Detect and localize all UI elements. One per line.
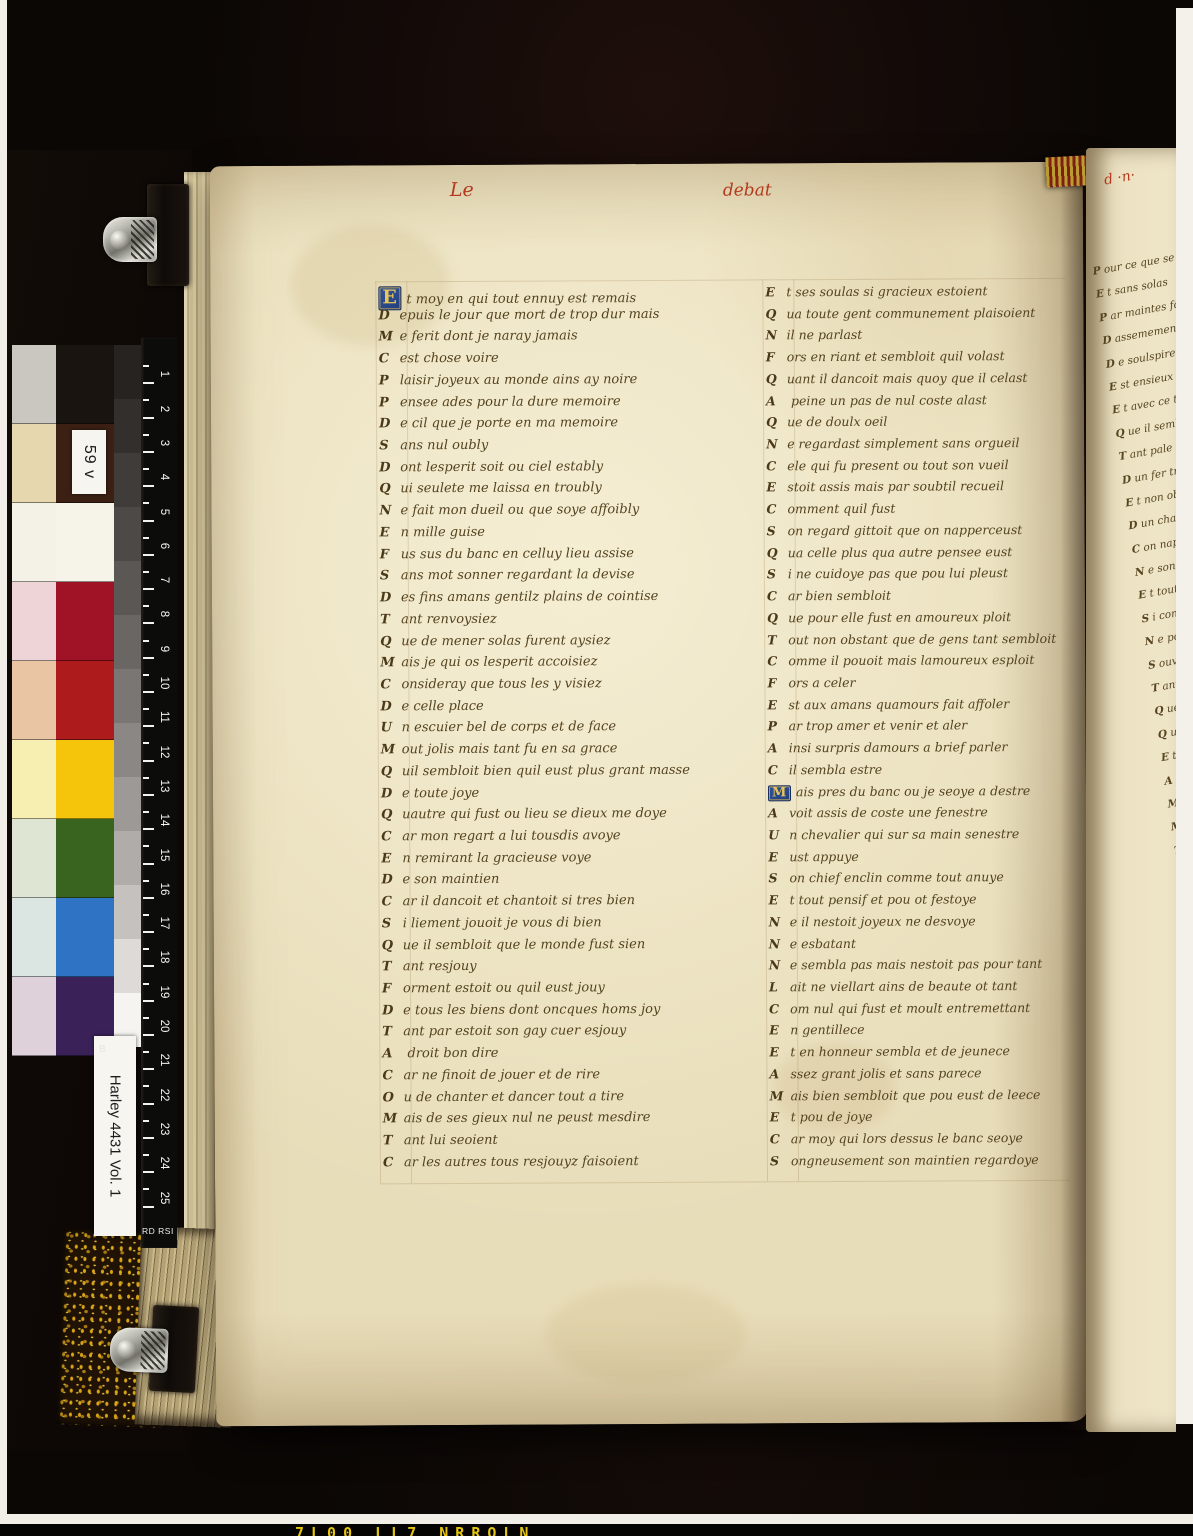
verse-line: Tant resjouy	[382, 958, 782, 982]
ruler-tick-major	[143, 1034, 154, 1036]
ruler-number: 17	[158, 915, 170, 931]
line-text: insi surpris damours a brief parler	[789, 739, 1008, 755]
ruler-number: 25	[158, 1190, 170, 1206]
verse-line: Car mon regart a lui tousdis avoye	[381, 827, 781, 851]
grayscale-step	[114, 561, 141, 615]
line-text: ar mon regart a lui tousdis avoye	[402, 828, 620, 844]
verse-line: Depuis le jour que mort de trop dur mais	[378, 306, 778, 330]
ruler-tick-major	[143, 725, 154, 727]
verse-line: Si ne cuidoye pas que pou lui pleust	[767, 565, 1097, 588]
ruler-tick-minor	[143, 365, 149, 367]
verse-line: De son maintien	[381, 871, 781, 895]
verse-line: Nil ne parlast	[766, 326, 1096, 349]
ruler-tick-major	[143, 1137, 154, 1139]
photo-border-left	[0, 0, 7, 1536]
verse-line: Qui seulete me laissa en troubly	[379, 480, 779, 504]
grayscale-step	[114, 885, 141, 939]
line-initial: C	[766, 458, 787, 473]
line-initial: D	[379, 417, 400, 432]
line-text: epuis le jour que mort de trop dur mais	[399, 307, 659, 323]
grayscale-step	[114, 831, 141, 885]
line-initial: E	[766, 480, 787, 495]
verse-line: Avoit assis de coste une fenestre	[768, 804, 1098, 827]
verse-line: Et ses soulas si gracieux estoient	[765, 283, 1095, 306]
manuscript-page-59v: Le debat Et moy en qui tout ennuy est re…	[210, 162, 1090, 1427]
ruler-number: 10	[158, 675, 170, 691]
ruler-tick-major	[143, 965, 154, 967]
verse-line: Car bien sembloit	[767, 587, 1097, 610]
ruler: RD RSI 123456789101112131415161718192021…	[141, 338, 177, 1248]
verse-line: Que pour elle fust en amoureux ploit	[767, 608, 1097, 631]
color-patch-red	[56, 661, 114, 740]
grayscale-step	[114, 399, 141, 453]
verse-line: Pensee ades pour la dure memoire	[379, 393, 779, 417]
line-initial: A	[769, 1066, 790, 1081]
ruler-tick-major	[143, 1068, 154, 1070]
verse-line: Des fins amans gentilz plains de cointis…	[380, 588, 780, 612]
ruler-tick-major	[143, 931, 154, 933]
ruler-tick-minor	[143, 1120, 149, 1122]
line-initial: Q	[381, 764, 402, 779]
line-text: voit assis de coste une fenestre	[789, 804, 988, 820]
line-initial: N	[769, 914, 790, 929]
ruler-tick-minor	[143, 777, 149, 779]
ruler-tick-minor	[143, 1188, 149, 1190]
line-initial: U	[381, 721, 402, 736]
verse-line: Cele qui fu present ou tout son vueil	[766, 456, 1096, 479]
verse-line: De tous les biens dont oncques homs joy	[382, 1001, 782, 1025]
verse-line: De cil que je porte en ma memoire	[379, 415, 779, 439]
ruler-tick-major	[143, 588, 154, 590]
verse-line: Comment quil fust	[766, 500, 1096, 523]
line-initial: E	[769, 892, 790, 907]
line-initial: M	[381, 742, 402, 757]
verse-line: Que il sembloit que le monde fust sien	[382, 936, 782, 960]
grayscale-step	[114, 723, 141, 777]
line-initial: S	[382, 916, 403, 931]
line-text: st aux amans quamours fait affoler	[788, 696, 1009, 712]
verse-line: Tant renvoysiez	[380, 610, 780, 634]
verse-line: Com nul qui fust et moult entremettant	[769, 999, 1099, 1022]
ruler-number: 7	[158, 572, 170, 588]
ruler-tick-minor	[143, 948, 149, 950]
ruler-number: 20	[158, 1018, 170, 1034]
line-initial: M	[380, 656, 401, 671]
line-initial: C	[768, 762, 789, 777]
grayscale-step	[114, 939, 141, 993]
ruler-tick-minor	[143, 845, 149, 847]
line-text: om nul qui fust et moult entremettant	[790, 1000, 1030, 1016]
verse-line: En mille guise	[380, 523, 780, 547]
line-text: uil sembloit bien quil eust plus grant m…	[402, 763, 690, 780]
verse-line: Mais je qui os lesperit accoisiez	[380, 654, 780, 678]
ruler-number: 6	[158, 538, 170, 554]
ruler-number: 15	[158, 847, 170, 863]
line-initial: C	[383, 1155, 404, 1170]
line-initial: T	[382, 1025, 403, 1040]
line-initial: Q	[767, 610, 788, 625]
line-text: ssez grant jolis et sans parece	[790, 1065, 981, 1081]
line-text: e il nestoit joyeux ne desvoye	[790, 913, 976, 929]
verse-line: Ne esbatant	[769, 934, 1099, 957]
color-patch-green	[56, 819, 114, 898]
color-patch-white	[12, 503, 56, 582]
ruler-tick-minor	[143, 399, 149, 401]
verse-line: Est aux amans quamours fait affoler	[767, 695, 1097, 718]
verse-line: Cest chose voire	[379, 349, 779, 373]
parchment-stain	[546, 1284, 747, 1385]
line-initial: T	[383, 1133, 404, 1148]
line-initial: D	[379, 460, 400, 475]
illuminated-initial: M	[768, 785, 791, 802]
verse-line: Sans mot sonner regardant la devise	[380, 567, 780, 591]
verse-line: Que de doulx oeil	[766, 413, 1096, 436]
ruler-tick-minor	[143, 1154, 149, 1156]
ruler-number: 19	[158, 984, 170, 1000]
line-text: ant resjouy	[403, 959, 477, 974]
ruler-tick-minor	[143, 1085, 149, 1087]
verse-line: Mais de ses gieux nul ne peust mesdire	[383, 1110, 783, 1134]
verse-line: Ne sembla pas mais nestoit pas pour tant	[769, 956, 1099, 979]
verse-line: Et tout pensif et pou ot festoye	[769, 891, 1099, 914]
verse-line: Car ne finoit de jouer et de rire	[382, 1066, 782, 1090]
verse-line: Qua toute gent communement plaisoient	[765, 304, 1095, 327]
line-initial: E	[769, 1023, 790, 1038]
ruling-line	[375, 278, 1065, 283]
verse-line: Forment estoit ou quil eust jouy	[382, 979, 782, 1003]
color-patch-crimson	[56, 582, 114, 661]
line-text: ais je qui os lesperit accoisiez	[401, 654, 597, 670]
line-initial: N	[769, 958, 790, 973]
ruler-tick-minor	[143, 468, 149, 470]
line-initial: A	[768, 740, 789, 755]
verse-line: Son chief enclin comme tout anuye	[768, 869, 1098, 892]
line-text: i ne cuidoye pas que pou lui pleust	[788, 565, 1008, 581]
grayscale-step	[114, 453, 141, 507]
ruling-line	[380, 1180, 1070, 1185]
ruler-number: 5	[158, 504, 170, 520]
verse-line: Mais bien sembloit que pou eust de leece	[770, 1086, 1100, 1109]
color-patch-pale-green	[12, 819, 56, 898]
verse-line: Un escuier bel de corps et de face	[381, 719, 781, 743]
red-quire-mark: d ·n·	[1103, 167, 1137, 188]
folio-label: 59 v	[72, 430, 106, 494]
verse-line: Et en honneur sembla et de jeunece	[769, 1043, 1099, 1066]
verse-line: Et pou de joye	[770, 1108, 1100, 1131]
line-text: e tous les biens dont oncques homs joy	[403, 1002, 660, 1018]
verse-line: Tant par estoit son gay cuer esjouy	[382, 1023, 782, 1047]
line-text: il ne parlast	[787, 327, 863, 342]
line-text: ais pres du banc ou je seoye a destre	[796, 783, 1030, 799]
line-initial: C	[380, 677, 401, 692]
line-text: u de chanter et dancer tout a tire	[404, 1089, 625, 1105]
line-initial: C	[769, 1001, 790, 1016]
ruler-number: 2	[158, 401, 170, 417]
ruler-number: 14	[158, 812, 170, 828]
line-text: n mille guise	[401, 525, 485, 540]
color-patch-pale-yellow	[12, 740, 56, 819]
ruler-tick-minor	[143, 983, 149, 985]
facing-page-text: P our ce que se pensif ieE t sans solasP…	[1092, 233, 1176, 1216]
line-initial: P	[379, 373, 400, 388]
line-text: out jolis mais tant fu en sa grace	[402, 741, 618, 757]
line-initial: D	[378, 308, 399, 323]
verse-line: Cil sembla estre	[768, 760, 1098, 783]
illuminated-initial: E	[378, 286, 401, 310]
ruler-tick-minor	[143, 640, 149, 642]
line-initial: S	[767, 523, 788, 538]
rubric-le: Le	[450, 179, 474, 201]
verse-line: Fus sus du banc en celluy lieu assise	[380, 545, 780, 569]
line-initial: D	[381, 873, 402, 888]
grayscale-step	[114, 669, 141, 723]
ruler-tick-minor	[143, 708, 149, 710]
line-text: es fins amans gentilz plains de cointise	[401, 589, 658, 605]
verse-line: Ainsi surpris damours a brief parler	[768, 739, 1098, 762]
line-text: ui seulete me laissa en troubly	[400, 481, 601, 497]
ruler-number: 13	[158, 778, 170, 794]
line-text: n chevalier qui sur sa main senestre	[789, 826, 1019, 842]
verse-line: Tant lui seoient	[383, 1131, 783, 1155]
verse-line: Fors en riant et sembloit quil volast	[766, 348, 1096, 371]
line-initial: P	[379, 395, 400, 410]
line-text: e ferit dont je naray jamais	[400, 329, 578, 345]
folio-label-text: 59 v	[80, 445, 98, 479]
line-initial: U	[768, 827, 789, 842]
line-text: ant renvoysiez	[401, 612, 497, 628]
line-initial: N	[379, 503, 400, 518]
ruler-tick-major	[143, 1206, 154, 1208]
line-text: e sembla pas mais nestoit pas pour tant	[790, 956, 1042, 972]
ruler-number: 24	[158, 1155, 170, 1171]
line-text: e fait mon dueil ou que soye affoibly	[400, 502, 639, 518]
line-initial: F	[767, 675, 788, 690]
line-initial: Q	[382, 938, 403, 953]
line-initial: L	[769, 979, 790, 994]
verse-line: De toute joye	[381, 784, 781, 808]
line-initial: D	[380, 699, 401, 714]
color-patch-pale-blue	[12, 898, 56, 977]
line-text: ensee ades pour la dure memoire	[400, 394, 621, 410]
line-initial: C	[382, 894, 403, 909]
ruler-number: 11	[158, 709, 170, 725]
line-text: ors a celer	[788, 675, 855, 690]
line-initial: Q	[381, 808, 402, 823]
line-text: ar les autres tous resjouyz faisoient	[404, 1154, 639, 1170]
line-initial: M	[379, 330, 400, 345]
verse-line: Si liement jouoit je vous di bien	[382, 914, 782, 938]
ruler-tick-major	[143, 520, 154, 522]
ruler-number: 21	[158, 1052, 170, 1068]
facing-page-strip: d ·n· P our ce que se pensif ieE t sans …	[1086, 148, 1176, 1432]
line-text: stoit assis mais par soubtil recueil	[787, 479, 1004, 495]
line-initial: S	[767, 567, 788, 582]
line-initial: M	[383, 1112, 404, 1127]
verse-column-left: Et moy en qui tout ennuy est remaisDepui…	[378, 284, 783, 1177]
line-text: t pou de joye	[791, 1109, 873, 1124]
marker-letter-b: B	[99, 1044, 106, 1055]
line-initial: S	[379, 438, 400, 453]
line-text: ans nul oubly	[400, 438, 488, 453]
ruler-tick-major	[143, 828, 154, 830]
verse-line: Ne fait mon dueil ou que soye affoibly	[379, 502, 779, 526]
grayscale-step	[114, 777, 141, 831]
line-text: ar trop amer et venir et aler	[789, 718, 968, 734]
shelfmark-label-text: Harley 4431 Vol. 1	[107, 1075, 124, 1198]
line-text: ait ne viellart ains de beaute ot tant	[790, 978, 1017, 994]
verse-line: Car moy qui lors dessus le banc seoye	[770, 1130, 1100, 1153]
rubric-debat: debat	[723, 180, 772, 200]
ruler-tick-minor	[143, 571, 149, 573]
verse-line: Par trop amer et venir et aler	[768, 717, 1098, 740]
ruler-tick-minor	[143, 914, 149, 916]
line-text: peine un pas de nul coste alast	[787, 392, 987, 408]
line-text: t ses soulas si gracieux estoient	[786, 283, 987, 299]
shelfmark-label: Harley 4431 Vol. 1	[94, 1036, 136, 1236]
line-initial: S	[768, 871, 789, 886]
photo-border-right	[1176, 8, 1193, 1424]
line-text: e cil que je porte en ma memoire	[400, 415, 618, 431]
ruler-number: 18	[158, 949, 170, 965]
line-text: e toute joye	[402, 785, 479, 800]
line-text: n gentillece	[790, 1022, 864, 1037]
line-initial: M	[770, 1088, 791, 1103]
line-text: ue de doulx oeil	[787, 414, 887, 430]
ruler-number: 9	[158, 641, 170, 657]
line-text: e celle place	[401, 699, 483, 714]
line-text: uautre qui fust ou lieu se dieux me doye	[402, 806, 667, 822]
grayscale-strip	[114, 345, 141, 1047]
verse-line: Car il dancoit et chantoit si tres bien	[382, 892, 782, 916]
line-initial: E	[770, 1110, 791, 1125]
ruler-footer-label: RD RSI	[142, 1226, 176, 1236]
line-initial: E	[765, 284, 786, 299]
line-initial: P	[768, 719, 789, 734]
ruler-tick-major	[143, 794, 154, 796]
verse-line: Estoit assis mais par soubtil recueil	[766, 478, 1096, 501]
ruler-number: 12	[158, 744, 170, 760]
line-text: ue pour elle fust en amoureux ploit	[788, 609, 1011, 625]
verse-line: Lait ne viellart ains de beaute ot tant	[769, 978, 1099, 1001]
color-patch-pale-lavender	[12, 977, 56, 1056]
line-text: ue il sembloit que le monde fust sien	[403, 937, 646, 953]
line-initial: E	[767, 697, 788, 712]
line-text: out non obstant que de gens tant sembloi…	[788, 630, 1056, 646]
ruler-number: 16	[158, 881, 170, 897]
verse-line: Quil sembloit bien quil eust plus grant …	[381, 762, 781, 786]
line-initial: A	[382, 1046, 403, 1061]
line-text: e son maintien	[402, 872, 499, 888]
ruler-tick-major	[143, 1103, 154, 1105]
line-initial: E	[381, 851, 402, 866]
ruler-tick-major	[143, 1171, 154, 1173]
line-text: t en honneur sembla et de jeunece	[790, 1043, 1010, 1059]
line-initial: C	[382, 1068, 403, 1083]
verse-line: De celle place	[380, 697, 780, 721]
line-text: ant lui seoient	[404, 1133, 498, 1148]
line-text: us sus du banc en celluy lieu assise	[401, 546, 634, 562]
verse-line: Plaisir joyeux au monde ains ay noire	[379, 371, 779, 395]
line-initial: Q	[765, 306, 786, 321]
grayscale-step	[114, 615, 141, 669]
line-text: on regard gittoit que on napperceust	[788, 522, 1023, 538]
line-initial: N	[766, 328, 787, 343]
ruler-tick-minor	[143, 742, 149, 744]
ruler-number: 8	[158, 606, 170, 622]
ruler-tick-major	[143, 863, 154, 865]
ruler-tick-major	[143, 657, 154, 659]
line-initial: D	[381, 786, 402, 801]
ruler-tick-major	[143, 554, 154, 556]
line-text: ongneusement son maintien regardoye	[791, 1152, 1039, 1168]
line-text: ust appuye	[789, 849, 859, 864]
color-patch-black	[56, 345, 114, 424]
ruler-tick-minor	[143, 880, 149, 882]
line-text: il sembla estre	[789, 762, 882, 777]
line-initial: Q	[379, 482, 400, 497]
line-text: i liement jouoit je vous di bien	[403, 915, 602, 931]
line-initial: O	[383, 1090, 404, 1105]
color-patch-yellow	[56, 740, 114, 819]
line-initial: N	[766, 436, 787, 451]
line-text: t moy en qui tout ennuy est remais	[406, 291, 636, 307]
line-initial: C	[767, 653, 788, 668]
verse-line: Et moy en qui tout ennuy est remais	[378, 284, 778, 308]
ruler-tick-minor	[143, 605, 149, 607]
verse-line: Ou de chanter et dancer tout a tire	[383, 1088, 783, 1112]
line-text: droit bon dire	[403, 1046, 498, 1061]
line-text: ant par estoit son gay cuer esjouy	[403, 1024, 626, 1040]
line-initial: T	[382, 960, 403, 975]
line-text: ar moy qui lors dessus le banc seoye	[791, 1130, 1023, 1146]
color-patch-blue	[56, 898, 114, 977]
verse-line: Tout non obstant que de gens tant semblo…	[767, 630, 1097, 653]
ruler-number: 23	[158, 1121, 170, 1137]
line-initial: S	[770, 1153, 791, 1168]
ruler-tick-major	[143, 622, 154, 624]
line-initial: C	[766, 501, 787, 516]
line-initial: S	[380, 569, 401, 584]
line-text: ans mot sonner regardant la devise	[401, 567, 635, 583]
ruler-number: 22	[158, 1087, 170, 1103]
line-initial: A	[768, 806, 789, 821]
line-text: ais de ses gieux nul ne peust mesdire	[404, 1110, 651, 1126]
line-initial: Q	[766, 371, 787, 386]
line-initial: D	[382, 1003, 403, 1018]
verse-line: Consideray que tous les y visiez	[380, 675, 780, 699]
verse-line: Fors a celer	[767, 674, 1097, 697]
ruler-number: 3	[158, 435, 170, 451]
line-initial: F	[382, 981, 403, 996]
line-text: e esbatant	[790, 935, 856, 950]
line-text: ont lesperit soit ou ciel estably	[400, 459, 603, 475]
ruler-tick-minor	[143, 811, 149, 813]
line-initial: C	[381, 829, 402, 844]
line-initial: F	[380, 547, 401, 562]
grayscale-step	[114, 507, 141, 561]
line-text: ar ne finoit de jouer et de rire	[403, 1067, 600, 1083]
ruler-tick-major	[143, 417, 154, 419]
verse-line: Quautre qui fust ou lieu se dieux me doy…	[381, 806, 781, 830]
ruler-tick-major	[143, 382, 154, 384]
ruler-tick-minor	[143, 1017, 149, 1019]
verse-line: Mais pres du banc ou je seoye a destre	[768, 782, 1098, 805]
line-text: onsideray que tous les y visiez	[401, 676, 601, 692]
photo-border-bottom	[0, 1514, 1193, 1524]
line-initial: Q	[767, 545, 788, 560]
line-text: orment estoit ou quil eust jouy	[403, 980, 605, 996]
verse-line: Un chevalier qui sur sa main senestre	[768, 826, 1098, 849]
